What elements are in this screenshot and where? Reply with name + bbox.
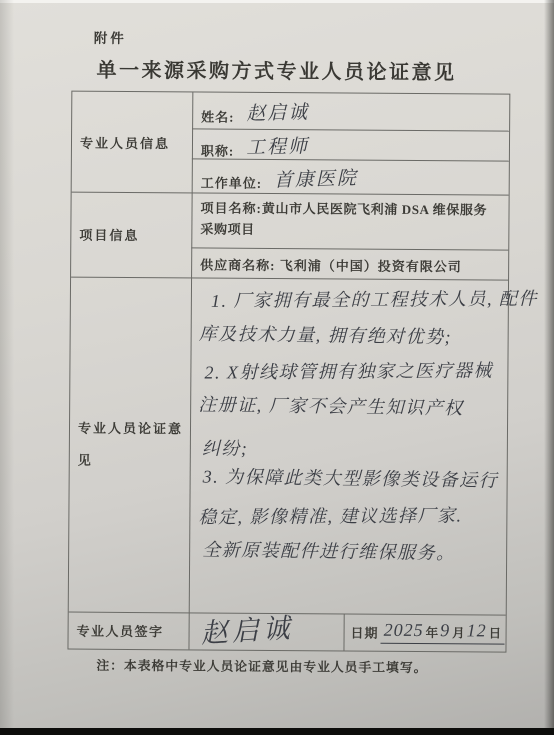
opinion-line: 库及技术力量, 拥有绝对优势; xyxy=(198,320,452,350)
footnote: 注：本表格中专业人员论证意见由专业人员手工填写。 xyxy=(96,655,427,676)
section-label-opinion-text: 专业人员论证意见 xyxy=(78,412,186,477)
field-name-handwritten-value: 赵启诚 xyxy=(245,97,309,126)
opinion-line: 1. 厂家拥有最全的工程技术人员, 配件 xyxy=(211,285,538,313)
opinion-handwritten-area: 1. 厂家拥有最全的工程技术人员, 配件 库及技术力量, 拥有绝对优势; 2. … xyxy=(189,277,508,614)
field-work-unit: 工作单位: 首康医院 xyxy=(192,158,509,194)
signature-cell: 赵启诚 xyxy=(188,612,343,650)
field-job-title: 职称: 工程师 xyxy=(192,128,509,160)
section-label-personnel-info: 专业人员信息 xyxy=(72,92,193,193)
form-table: 专业人员信息 项目信息 专业人员论证意见 专业人员签字 姓名: 赵启诚 职称: … xyxy=(67,91,510,653)
field-name: 姓名: 赵启诚 xyxy=(192,92,509,130)
field-job-title-label: 职称: xyxy=(201,143,234,158)
field-work-unit-handwritten-value: 首康医院 xyxy=(273,163,358,192)
document-photo: 附件 单一来源采购方式专业人员论证意见 专业人员信息 项目信息 专业人员论证意见… xyxy=(0,0,554,735)
date-year-handwritten: 2025 xyxy=(384,620,424,641)
date-month-unit: 月 xyxy=(452,623,465,641)
opinion-line: 纠纷; xyxy=(202,434,249,460)
date-filled-value: 2025 年 9 月 12 日 xyxy=(381,621,505,645)
photo-bottom-edge xyxy=(0,728,554,735)
section-label-project-info: 项目信息 xyxy=(71,192,192,278)
date-day-unit: 日 xyxy=(489,623,502,641)
form-content: 附件 单一来源采购方式专业人员论证意见 专业人员信息 项目信息 专业人员论证意见… xyxy=(0,0,554,735)
opinion-line: 注册证, 厂家不会产生知识产权 xyxy=(198,391,464,421)
opinion-line: 3. 为保障此类大型影像类设备运行 xyxy=(203,462,499,492)
date-label: 日期 xyxy=(351,623,379,642)
field-supplier-name-value: 飞利浦（中国）投资有限公司 xyxy=(280,258,462,274)
section-label-opinion: 专业人员论证意见 xyxy=(69,277,191,613)
field-supplier-name: 供应商名称: 飞利浦（中国）投资有限公司 xyxy=(191,247,508,279)
field-name-label: 姓名: xyxy=(201,109,234,124)
opinion-line: 2. X射线球管拥有独家之医疗器械 xyxy=(204,357,493,385)
date-year-unit: 年 xyxy=(426,623,439,641)
opinion-line: 稳定, 影像精准, 建议选择厂家. xyxy=(198,501,462,529)
opinion-line: 全新原装配件进行维保服务。 xyxy=(202,536,456,566)
field-project-name: 项目名称:黄山市人民医院飞利浦 DSA 维保服务采购项目 xyxy=(191,192,508,249)
section-label-signature: 专业人员签字 xyxy=(68,612,188,650)
handwritten-signature: 赵启诚 xyxy=(199,606,294,651)
field-job-title-handwritten-value: 工程师 xyxy=(245,131,309,160)
photo-right-edge xyxy=(544,0,554,735)
photo-glare-strip xyxy=(0,0,554,3)
date-cell: 日期 2025 年 9 月 12 日 xyxy=(343,613,505,651)
attachment-label: 附件 xyxy=(94,27,127,47)
date-month-handwritten: 9 xyxy=(440,620,450,641)
date-day-handwritten: 12 xyxy=(467,620,487,641)
field-supplier-name-label: 供应商名称: xyxy=(200,257,275,273)
photo-left-shading xyxy=(0,0,14,735)
field-work-unit-label: 工作单位: xyxy=(201,175,262,190)
page-title: 单一来源采购方式专业人员论证意见 xyxy=(0,53,554,86)
field-project-name-label: 项目名称: xyxy=(200,200,261,215)
